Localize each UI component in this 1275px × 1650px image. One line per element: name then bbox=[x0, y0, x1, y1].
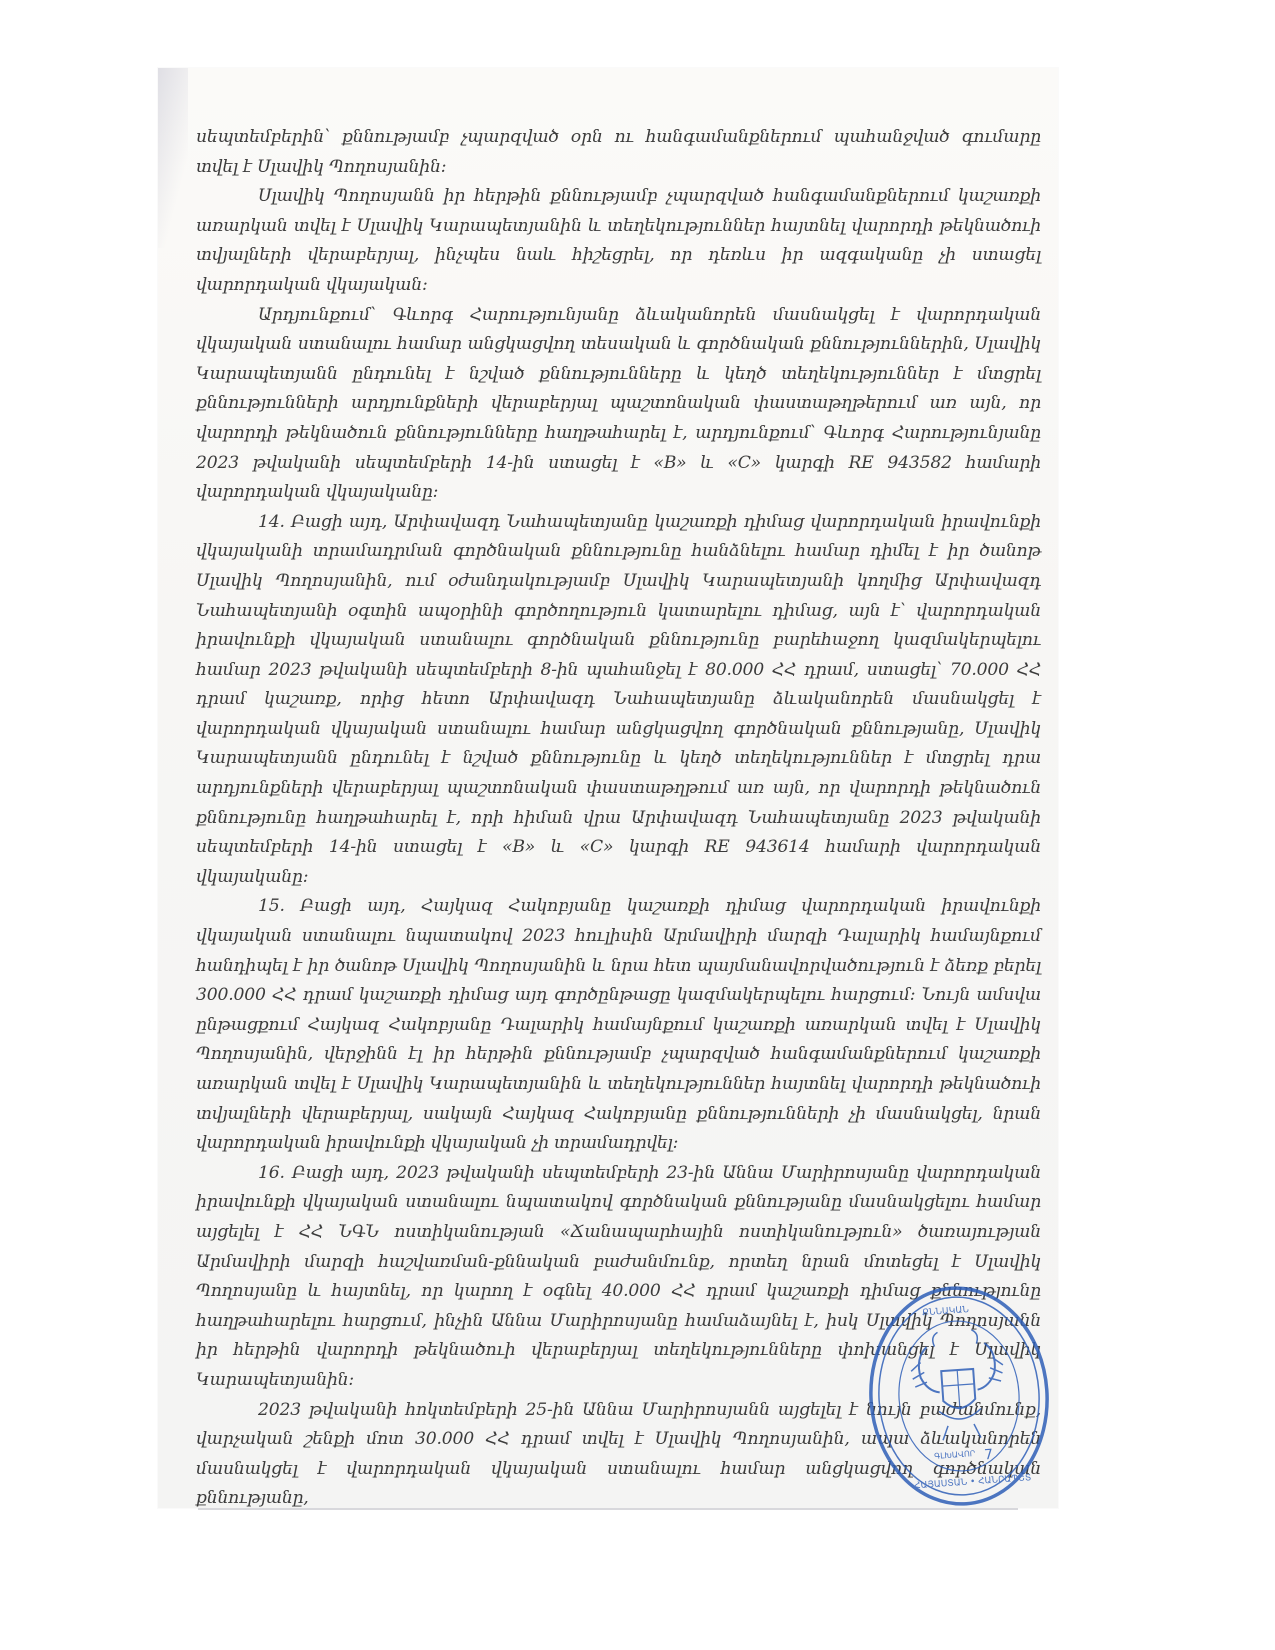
official-seal-icon: ՔՆՆԱԿԱՆ ԳԼԽԱՎՈՐ 7 ՀԱՅԱՍՏԱՆ • ՀԱՆՐԱՊԵՏ bbox=[860, 1279, 1057, 1513]
svg-text:ՀԱՅԱՍՏԱՆ • ՀԱՆՐԱՊԵՏ: ՀԱՅԱՍՏԱՆ • ՀԱՆՐԱՊԵՏ bbox=[914, 1473, 1032, 1491]
svg-text:7: 7 bbox=[984, 1447, 994, 1464]
paragraph-poghosyan: Սլավիկ Պողոսյանն իր հերթին քննությամբ չպ… bbox=[196, 182, 1041, 300]
paragraph-number: 16. bbox=[258, 1163, 285, 1183]
paragraph-text: Բացի այդ, Արփավազդ Նահապետյանը կաշառքի դ… bbox=[196, 512, 1041, 887]
paragraph-number: 14. bbox=[258, 512, 285, 532]
paragraph-15: 15. Բացի այդ, Հայկազ Հակոբյանը կաշառքի դ… bbox=[196, 892, 1041, 1158]
paragraph-result: Արդյունքում՝ Գևորգ Հարությունյանը ձևական… bbox=[196, 301, 1041, 508]
paragraph-number: 15. bbox=[258, 896, 285, 916]
paragraph-14: 14. Բացի այդ, Արփավազդ Նահապետյանը կաշառ… bbox=[196, 508, 1041, 893]
svg-text:ԳԼԽԱՎՈՐ: ԳԼԽԱՎՈՐ bbox=[934, 1449, 976, 1461]
paragraph-text: Բացի այդ, Հայկազ Հակոբյանը կաշառքի դիմաց… bbox=[196, 896, 1041, 1153]
paragraph-continuation: սեպտեմբերին՝ քննությամբ չպարզված օրն ու … bbox=[196, 123, 1041, 182]
svg-text:ՔՆՆԱԿԱՆ: ՔՆՆԱԿԱՆ bbox=[922, 1305, 970, 1318]
